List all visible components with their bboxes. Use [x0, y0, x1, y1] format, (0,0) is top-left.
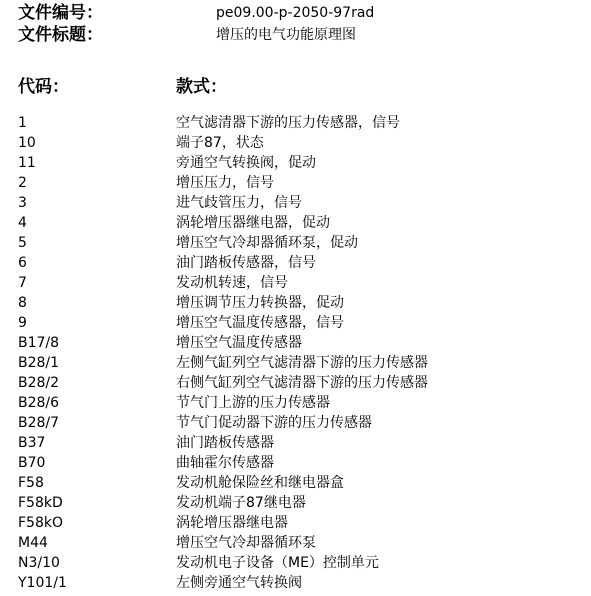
table-row: N3/10发动机电子设备（ME）控制单元: [0, 553, 591, 573]
table-row: B28/7节气门促动器下游的压力传感器: [0, 413, 591, 433]
table-row: 2增压压力，信号: [0, 173, 591, 193]
file-title-label: 文件标题：: [18, 24, 103, 46]
table-row: M44增压空气冷却器循环泵: [0, 533, 591, 553]
code-cell: 9: [18, 313, 27, 333]
table-row: Y101/1左侧旁通空气转换阀: [0, 573, 591, 593]
code-cell: B28/7: [18, 413, 59, 433]
file-title-value: 增压的电气功能原理图: [216, 24, 356, 46]
table-row: B70曲轴霍尔传感器: [0, 453, 591, 473]
description-cell: 左侧气缸列空气滤清器下游的压力传感器: [176, 353, 428, 373]
description-cell: 增压空气温度传感器，信号: [176, 313, 344, 333]
code-cell: F58kO: [18, 513, 63, 533]
description-cell: 左侧旁通空气转换阀: [176, 573, 302, 593]
description-cell: 发动机端子87继电器: [176, 493, 306, 513]
description-cell: 增压调节压力转换器，促动: [176, 293, 344, 313]
table-row: 10端子87，状态: [0, 133, 591, 153]
code-cell: 6: [18, 253, 27, 273]
table-row: F58kD发动机端子87继电器: [0, 493, 591, 513]
table-row: 8增压调节压力转换器，促动: [0, 293, 591, 313]
code-cell: B70: [18, 453, 45, 473]
table-row: B28/1左侧气缸列空气滤清器下游的压力传感器: [0, 353, 591, 373]
code-cell: B28/1: [18, 353, 59, 373]
legend-table: 1空气滤清器下游的压力传感器，信号 10端子87，状态 11旁通空气转换阀，促动…: [0, 113, 591, 593]
description-cell: 曲轴霍尔传感器: [176, 453, 274, 473]
code-cell: B17/8: [18, 333, 59, 353]
description-cell: 油门踏板传感器: [176, 433, 274, 453]
description-cell: 发动机舱保险丝和继电器盒: [176, 473, 344, 493]
description-cell: 增压空气温度传感器: [176, 333, 302, 353]
code-cell: 5: [18, 233, 27, 253]
code-cell: 10: [18, 133, 36, 153]
description-cell: 进气歧管压力，信号: [176, 193, 302, 213]
table-row: B28/2右侧气缸列空气滤清器下游的压力传感器: [0, 373, 591, 393]
code-cell: F58kD: [18, 493, 63, 513]
style-column-header: 款式：: [176, 76, 227, 98]
code-cell: N3/10: [18, 553, 60, 573]
file-number-label: 文件编号：: [18, 2, 103, 24]
table-row: 3进气歧管压力，信号: [0, 193, 591, 213]
description-cell: 节气门促动器下游的压力传感器: [176, 413, 372, 433]
description-cell: 增压空气冷却器循环泵，促动: [176, 233, 358, 253]
table-row: 11旁通空气转换阀，促动: [0, 153, 591, 173]
code-cell: M44: [18, 533, 48, 553]
description-cell: 增压空气冷却器循环泵: [176, 533, 316, 553]
description-cell: 发动机电子设备（ME）控制单元: [176, 553, 379, 573]
description-cell: 涡轮增压器继电器: [176, 513, 288, 533]
code-cell: B37: [18, 433, 45, 453]
table-row: F58发动机舱保险丝和继电器盒: [0, 473, 591, 493]
code-cell: F58: [18, 473, 44, 493]
description-cell: 端子87，状态: [176, 133, 264, 153]
table-row: 9增压空气温度传感器，信号: [0, 313, 591, 333]
table-row: 7发动机转速，信号: [0, 273, 591, 293]
table-row: 5增压空气冷却器循环泵，促动: [0, 233, 591, 253]
table-row: B28/6节气门上游的压力传感器: [0, 393, 591, 413]
description-cell: 油门踏板传感器，信号: [176, 253, 316, 273]
table-row: 4涡轮增压器继电器，促动: [0, 213, 591, 233]
description-cell: 节气门上游的压力传感器: [176, 393, 330, 413]
code-column-header: 代码：: [18, 76, 69, 98]
code-cell: 11: [18, 153, 36, 173]
code-cell: Y101/1: [18, 573, 67, 593]
code-cell: 1: [18, 113, 27, 133]
table-row: B17/8增压空气温度传感器: [0, 333, 591, 353]
code-cell: 2: [18, 173, 27, 193]
table-row: 1空气滤清器下游的压力传感器，信号: [0, 113, 591, 133]
description-cell: 旁通空气转换阀，促动: [176, 153, 316, 173]
code-cell: 8: [18, 293, 27, 313]
description-cell: 发动机转速，信号: [176, 273, 288, 293]
code-cell: 4: [18, 213, 27, 233]
description-cell: 右侧气缸列空气滤清器下游的压力传感器: [176, 373, 428, 393]
code-cell: 3: [18, 193, 27, 213]
file-number-value: pe09.00-p-2050-97rad: [216, 2, 374, 24]
description-cell: 增压压力，信号: [176, 173, 274, 193]
code-cell: B28/2: [18, 373, 59, 393]
description-cell: 涡轮增压器继电器，促动: [176, 213, 330, 233]
description-cell: 空气滤清器下游的压力传感器，信号: [176, 113, 400, 133]
table-row: B37油门踏板传感器: [0, 433, 591, 453]
table-row: 6油门踏板传感器，信号: [0, 253, 591, 273]
code-cell: B28/6: [18, 393, 59, 413]
table-row: F58kO涡轮增压器继电器: [0, 513, 591, 533]
code-cell: 7: [18, 273, 27, 293]
